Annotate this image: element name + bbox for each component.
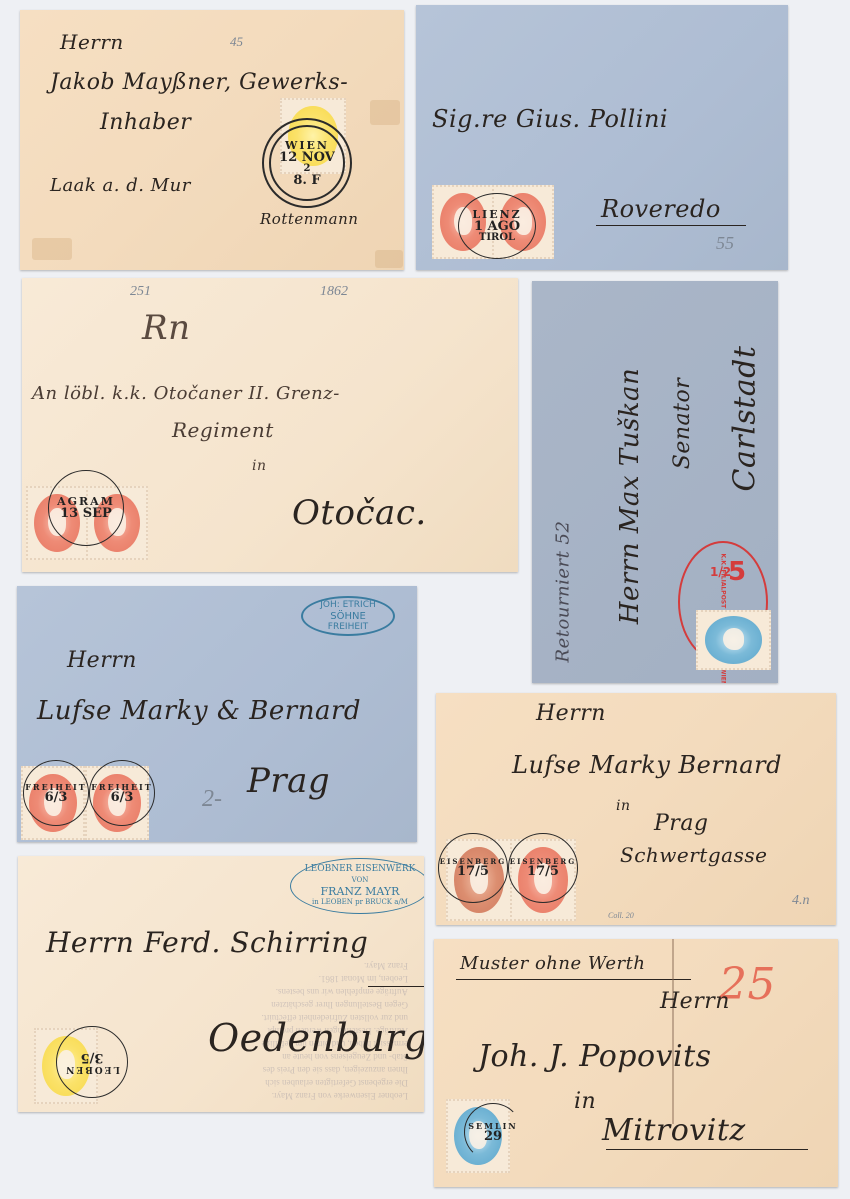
address-line: Lufse Marky & Bernard [37, 696, 361, 726]
address-line: Inhaber [100, 110, 191, 135]
underline [368, 986, 424, 987]
pencil-note: 4.n [792, 893, 810, 909]
postmark-lienz: LIENZ 1 AGO TIROL [458, 193, 536, 259]
company-stamp: LEOBNER EISENWERK VON FRANZ MAYR in LEOB… [290, 858, 424, 914]
address-line: Rn [142, 308, 191, 348]
address-line: Schwertgasse [620, 843, 767, 867]
cover-leoben: Leobner Eisenwerke von Franz Mayr. Die e… [18, 856, 424, 1112]
cover-wien: 45 Herrn Jakob Mayßner, Gewerks- Inhaber… [20, 10, 404, 270]
address-line: Herrn Max Tuškan [615, 368, 645, 624]
postmark-leoben: LEOBEN 3/5 [56, 1026, 128, 1098]
underline [606, 1149, 808, 1150]
company-stamp: JOH: ETRICH SÖHNE FREIHEIT [301, 596, 395, 636]
address-line: Prag [247, 761, 330, 801]
address-line: Herrn Ferd. Schirring [46, 926, 368, 959]
stamp-blue-15kr [696, 610, 771, 670]
address-line: Roveredo [601, 195, 721, 223]
cover-eisenberg: Herrn Lufse Marky Bernard in Prag Schwer… [436, 693, 836, 925]
address-line: Senator [670, 378, 695, 469]
header-note: Muster ohne Werth [460, 953, 646, 974]
address-line: An löbl. k.k. Otočaner II. Grenz- [32, 383, 340, 404]
side-note: Retourniert 52 [552, 521, 573, 663]
address-line: Herrn [660, 989, 730, 1014]
postmark-semlin: SEMLIN 29 [464, 1103, 522, 1161]
address-line: in [574, 1089, 596, 1114]
address-line: Herrn [67, 648, 137, 673]
address-line: Carlstadt [727, 346, 762, 492]
pencil-note: 1862 [320, 284, 348, 300]
address-line: in [616, 798, 631, 814]
pencil-note: 55 [716, 233, 734, 254]
underline [596, 225, 746, 226]
postmark-eisenberg: EISENBERG 17/5 [508, 833, 578, 903]
address-line: Regiment [172, 418, 274, 442]
postmark-freiheit: FREIHEIT 6/3 [89, 760, 155, 826]
postmark-agram: AGRAM 13 SEP [48, 470, 124, 546]
postmark-eisenberg: EISENBERG 17/5 [438, 833, 508, 903]
pencil-note: 251 [130, 284, 151, 300]
postmark-wien: WIEN 12 NOV 2 8. F [262, 118, 352, 208]
postmark-freiheit: FREIHEIT 6/3 [23, 760, 89, 826]
address-line: Sig.re Gius. Pollini [432, 105, 668, 133]
cover-carlstadt: Herrn Max Tuškan Senator Carlstadt Retou… [532, 281, 778, 683]
address-line: Herrn [60, 30, 124, 54]
cover-agram: 251 1862 Rn An löbl. k.k. Otočaner II. G… [22, 278, 518, 572]
cover-freiheit: JOH: ETRICH SÖHNE FREIHEIT Herrn Lufse M… [17, 586, 417, 842]
cover-mitrovitz: Muster ohne Werth 25 Herrn Joh. J. Popov… [434, 939, 838, 1187]
address-line: Prag [654, 811, 709, 836]
underline [456, 979, 691, 980]
pencil-stroke [672, 939, 674, 1124]
address-line: Jakob Mayßner, Gewerks- [50, 70, 348, 95]
pencil-note: Coll. 20 [608, 911, 634, 920]
address-line: Herrn [536, 701, 606, 726]
footnote: Rottenmann [260, 210, 358, 228]
address-line: Oedenburg [208, 1016, 424, 1060]
cover-lienz: Sig.re Gius. Pollini Roveredo 55 LIENZ 1… [416, 5, 788, 270]
address-line: Mitrovitz [602, 1113, 746, 1148]
address-line: Laak a. d. Mur [50, 175, 191, 196]
address-line: in [252, 458, 267, 474]
pencil-note: 45 [230, 34, 243, 50]
address-line: Lufse Marky Bernard [512, 751, 782, 779]
address-line: Joh. J. Popovits [478, 1039, 712, 1074]
address-line: Otočac. [292, 493, 427, 533]
pencil-note: 2- [202, 786, 222, 813]
